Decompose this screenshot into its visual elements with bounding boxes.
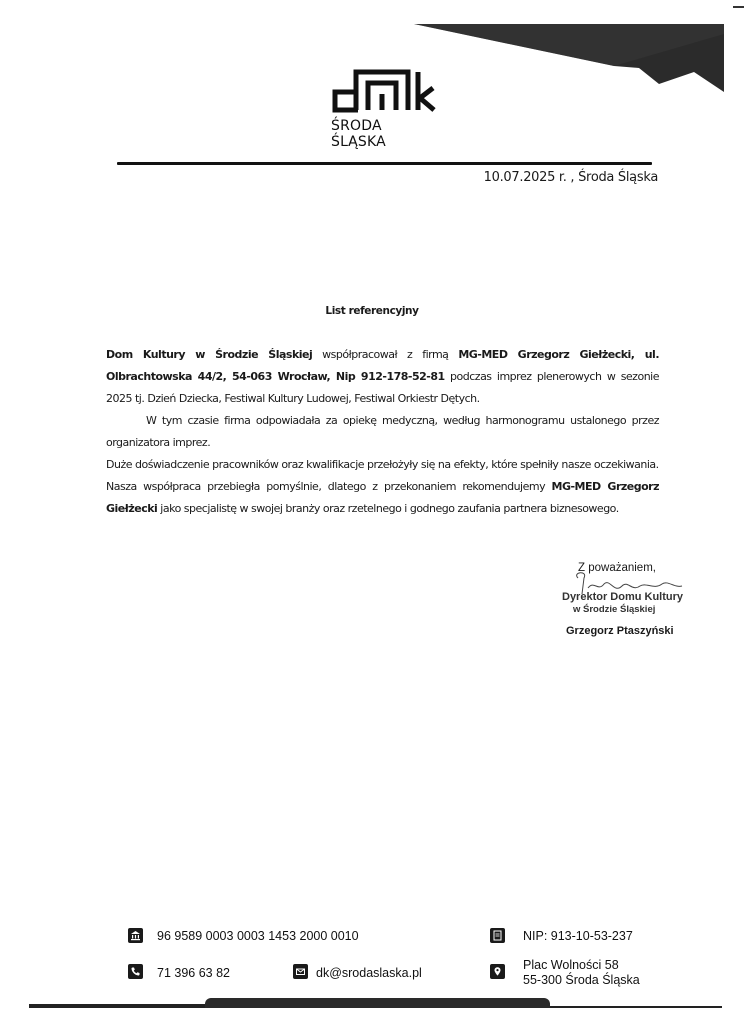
date-place: 10.07.2025 r. , Środa Śląska [380, 170, 658, 185]
decorative-header-shape [414, 24, 724, 94]
text-span: współpracował z firmą [312, 348, 458, 361]
address-street: Plac Wolności 58 [523, 958, 640, 973]
letter-body: Dom Kultury w Środzie Śląskiej współprac… [106, 344, 659, 520]
stamp-title: Dyrektor Domu Kultury [562, 591, 683, 603]
nip-number: NIP: 913-10-53-237 [523, 929, 633, 943]
paragraph-2: W tym czasie firma odpowiadała za opiekę… [106, 410, 659, 454]
address: Plac Wolności 58 55-300 Środa Śląska [523, 958, 640, 988]
letter-title: List referencyjny [0, 305, 744, 317]
logo-text: ŚRODA ŚLĄSKA [331, 118, 441, 150]
phone-number: 71 396 63 82 [157, 966, 230, 980]
bank-icon [128, 928, 143, 943]
envelope-icon [293, 964, 308, 979]
signatory-name: Grzegorz Ptaszyński [566, 625, 674, 637]
text-span: Nasza współpraca przebiegła pomyślnie, d… [106, 480, 552, 493]
footer-tab-shape [205, 998, 550, 1008]
address-city: 55-300 Środa Śląska [523, 973, 640, 988]
bank-account: 96 9589 0003 0003 1453 2000 0010 [157, 929, 359, 943]
phone-icon [128, 964, 143, 979]
paragraph-1: Dom Kultury w Środzie Śląskiej współprac… [106, 344, 659, 410]
organization-name: Dom Kultury w Środzie Śląskiej [106, 348, 312, 361]
text-span: jako specjalistę w swojej branży oraz rz… [157, 502, 618, 515]
email-link[interactable]: dk@srodaslaska.pl [316, 966, 422, 980]
stamp-subtitle: w Środzie Śląskiej [573, 604, 655, 615]
paragraph-3: Duże doświadczenie pracowników oraz kwal… [106, 454, 659, 476]
map-pin-icon [490, 964, 505, 979]
paragraph-4: Nasza współpraca przebiegła pomyślnie, d… [106, 476, 659, 520]
header-divider [117, 162, 652, 165]
scan-mark [733, 6, 744, 8]
document-icon [490, 928, 505, 943]
